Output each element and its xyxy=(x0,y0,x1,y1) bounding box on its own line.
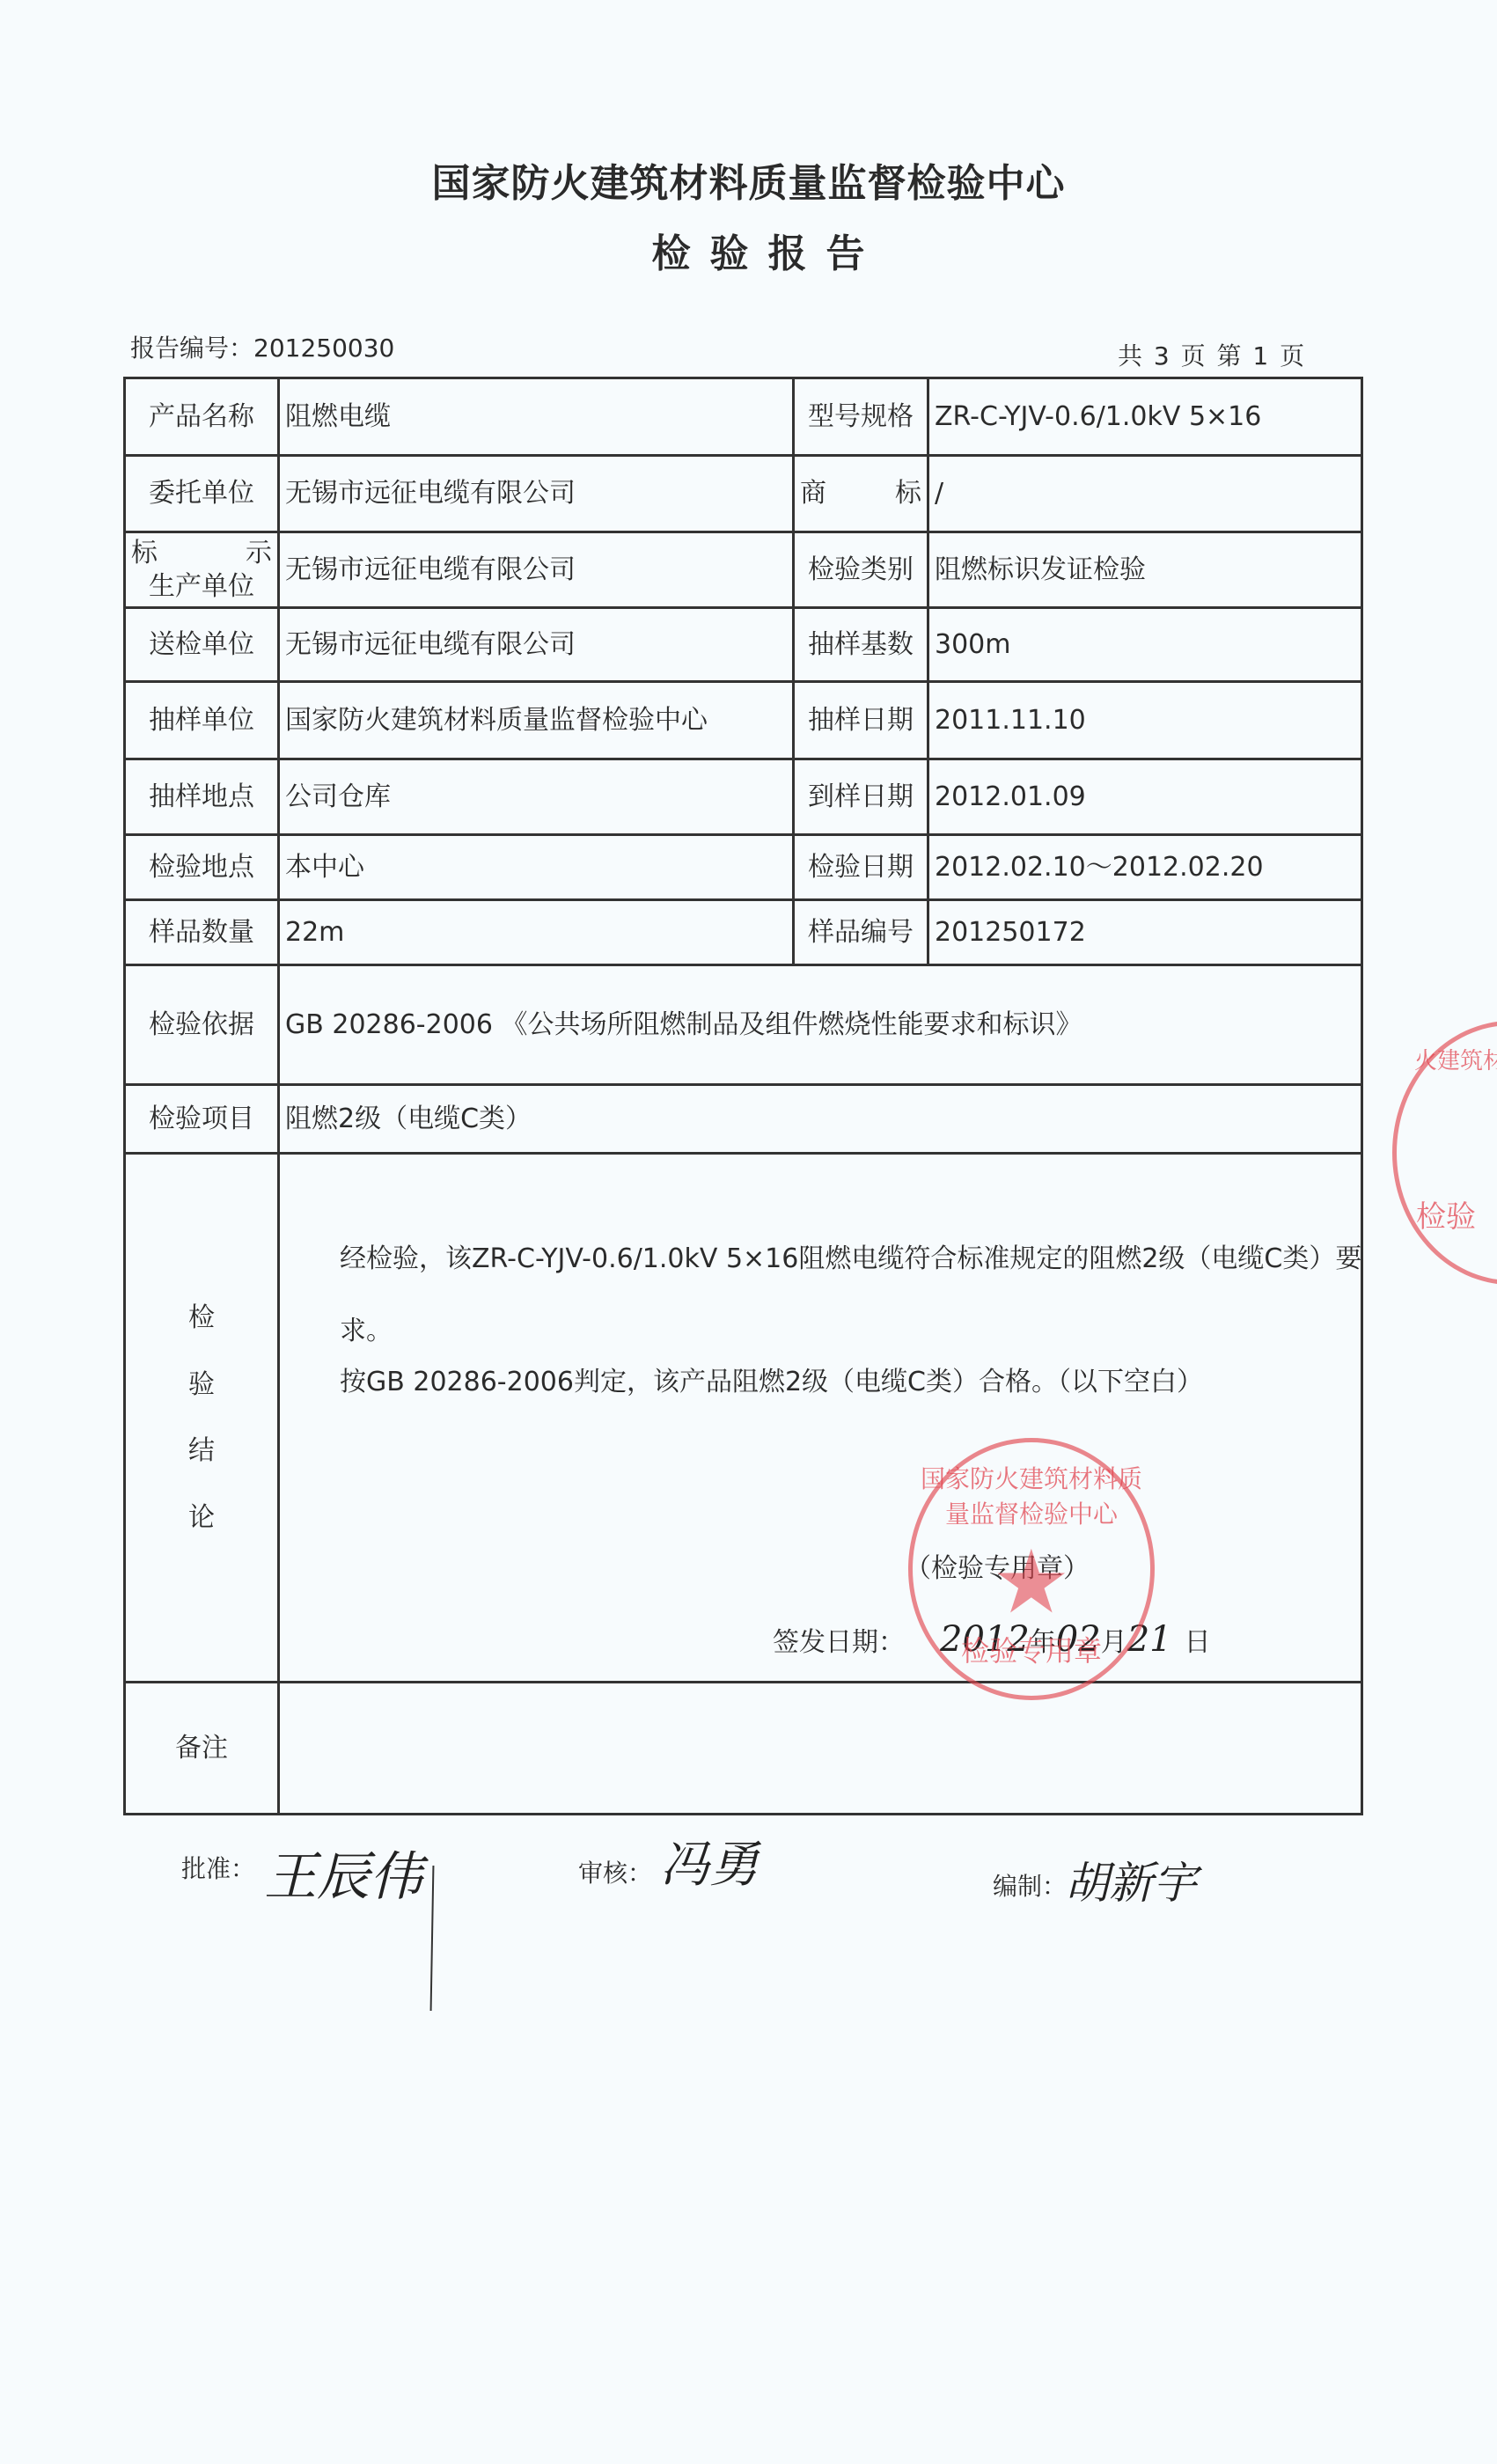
table-row: 产品名称 阻燃电缆 型号规格 ZR-C-YJV-0.6/1.0kV 5×16 xyxy=(125,378,1362,456)
table-row: 委托单位 无锡市远征电缆有限公司 商标 / xyxy=(125,456,1362,532)
client-value: 无锡市远征电缆有限公司 xyxy=(279,456,794,532)
inspection-date-value: 2012.02.10～2012.02.20 xyxy=(928,835,1362,900)
approve-label: 批准： xyxy=(181,1850,255,1885)
remarks-value xyxy=(279,1683,1362,1815)
table-row: 标示 生产单位 无锡市远征电缆有限公司 检验类别 阻燃标识发证检验 xyxy=(125,532,1362,608)
inspection-location-label: 检验地点 xyxy=(125,835,279,900)
basis-label: 检验依据 xyxy=(125,965,279,1085)
edge-seal-stamp: 火建筑材 检验 xyxy=(1392,1021,1497,1285)
issue-year: 2012 xyxy=(940,1617,1030,1661)
document-title: 检验报告 xyxy=(0,222,1497,278)
basis-value: GB 20286-2006 《公共场所阻燃制品及组件燃烧性能要求和标识》 xyxy=(279,965,1362,1085)
client-label: 委托单位 xyxy=(125,456,279,532)
sampling-date-label: 抽样日期 xyxy=(794,682,928,759)
issue-day: 21 xyxy=(1127,1617,1172,1661)
items-label: 检验项目 xyxy=(125,1085,279,1154)
seal-label: （检验专用章） xyxy=(905,1552,1090,1586)
manufacturer-value: 无锡市远征电缆有限公司 xyxy=(279,532,794,608)
sample-quantity-label: 样品数量 xyxy=(125,900,279,965)
approve-signature: 王辰伟 xyxy=(264,1835,422,1910)
issue-date-label: 签发日期： xyxy=(773,1626,905,1660)
conclusion-content: 经检验，该ZR-C-YJV-0.6/1.0kV 5×16阻燃电缆符合标准规定的阻… xyxy=(279,1154,1362,1683)
submitter-value: 无锡市远征电缆有限公司 xyxy=(279,608,794,682)
sample-number-value: 201250172 xyxy=(928,900,1362,965)
signature-stroke xyxy=(430,1866,435,2011)
review-label: 审核： xyxy=(578,1854,652,1889)
conclusion-label: 检 验 结 论 xyxy=(125,1154,279,1683)
trademark-value: / xyxy=(928,456,1362,532)
report-number: 报告编号：201250030 xyxy=(130,329,394,364)
sample-number-label: 样品编号 xyxy=(794,900,928,965)
table-row: 样品数量 22m 样品编号 201250172 xyxy=(125,900,1362,965)
items-value: 阻燃2级（电缆C类） xyxy=(279,1085,1362,1154)
sampling-unit-label: 抽样单位 xyxy=(125,682,279,759)
sampling-base-label: 抽样基数 xyxy=(794,608,928,682)
review-signature: 冯勇 xyxy=(660,1826,759,1896)
organization-title: 国家防火建筑材料质量监督检验中心 xyxy=(0,151,1497,208)
page-info: 共 3 页 第 1 页 xyxy=(1118,337,1306,372)
table-row: 送检单位 无锡市远征电缆有限公司 抽样基数 300m xyxy=(125,608,1362,682)
report-number-value: 201250030 xyxy=(253,334,394,363)
report-number-label: 报告编号： xyxy=(130,334,253,363)
conclusion-paragraph-2: 按GB 20286-2006判定，该产品阻燃2级（电缆C类）合格。（以下空白） xyxy=(340,1366,1203,1399)
inspection-type-value: 阻燃标识发证检验 xyxy=(928,532,1362,608)
product-name-value: 阻燃电缆 xyxy=(279,378,794,456)
conclusion-paragraph-1: 经检验，该ZR-C-YJV-0.6/1.0kV 5×16阻燃电缆符合标准规定的阻… xyxy=(340,1223,1369,1368)
sampling-location-label: 抽样地点 xyxy=(125,759,279,835)
trademark-label: 商标 xyxy=(794,456,928,532)
sampling-unit-value: 国家防火建筑材料质量监督检验中心 xyxy=(279,682,794,759)
product-name-label: 产品名称 xyxy=(125,378,279,456)
sampling-location-value: 公司仓库 xyxy=(279,759,794,835)
model-spec-value: ZR-C-YJV-0.6/1.0kV 5×16 xyxy=(928,378,1362,456)
arrival-date-label: 到样日期 xyxy=(794,759,928,835)
table-row: 检验依据 GB 20286-2006 《公共场所阻燃制品及组件燃烧性能要求和标识… xyxy=(125,965,1362,1085)
sampling-date-value: 2011.11.10 xyxy=(928,682,1362,759)
sampling-base-value: 300m xyxy=(928,608,1362,682)
manufacturer-label: 标示 生产单位 xyxy=(125,532,279,608)
sample-quantity-value: 22m xyxy=(279,900,794,965)
table-row: 抽样地点 公司仓库 到样日期 2012.01.09 xyxy=(125,759,1362,835)
issue-month: 02 xyxy=(1056,1617,1101,1661)
report-table: 产品名称 阻燃电缆 型号规格 ZR-C-YJV-0.6/1.0kV 5×16 委… xyxy=(123,377,1363,1815)
remarks-label: 备注 xyxy=(125,1683,279,1815)
submitter-label: 送检单位 xyxy=(125,608,279,682)
conclusion-row: 检 验 结 论 经检验，该ZR-C-YJV-0.6/1.0kV 5×16阻燃电缆… xyxy=(125,1154,1362,1683)
table-row: 检验地点 本中心 检验日期 2012.02.10～2012.02.20 xyxy=(125,835,1362,900)
compile-signature: 胡新宇 xyxy=(1065,1848,1197,1911)
table-row: 检验项目 阻燃2级（电缆C类） xyxy=(125,1085,1362,1154)
table-row: 抽样单位 国家防火建筑材料质量监督检验中心 抽样日期 2011.11.10 xyxy=(125,682,1362,759)
compile-label: 编制： xyxy=(993,1867,1067,1903)
remarks-row: 备注 xyxy=(125,1683,1362,1815)
arrival-date-value: 2012.01.09 xyxy=(928,759,1362,835)
inspection-date-label: 检验日期 xyxy=(794,835,928,900)
issue-date: 签发日期： 2012 年 02 月 21 日 xyxy=(773,1617,1211,1661)
inspection-location-value: 本中心 xyxy=(279,835,794,900)
model-spec-label: 型号规格 xyxy=(794,378,928,456)
inspection-type-label: 检验类别 xyxy=(794,532,928,608)
